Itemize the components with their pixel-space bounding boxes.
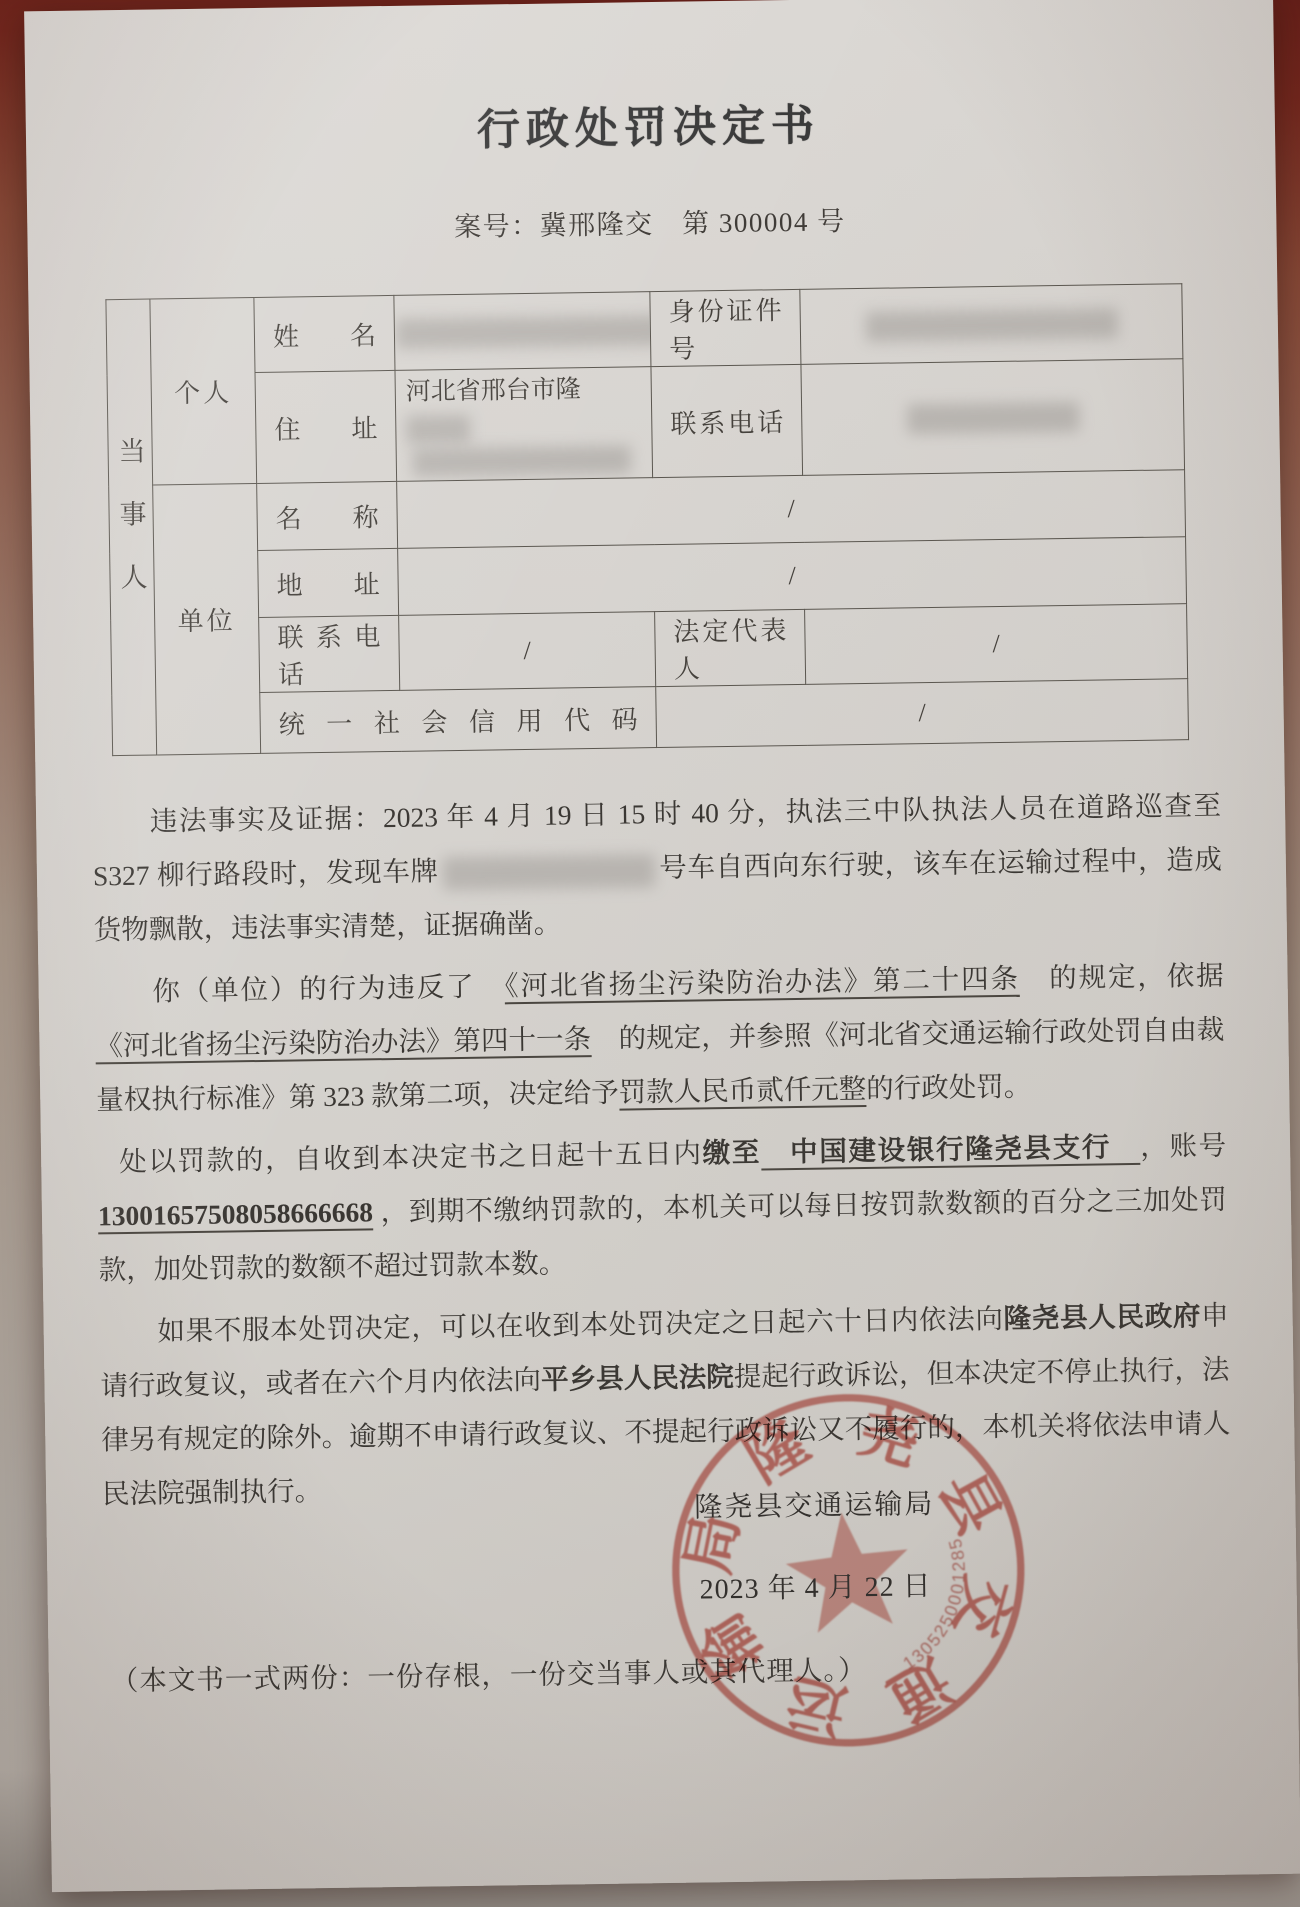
payment-paragraph: 处以罚款的，自收到本决定书之日起十五日内缴至 中国建设银行隆尧县支行 ，账号 1… [97, 1119, 1228, 1298]
unit-address-value: / [398, 537, 1187, 616]
legal-rep-label: 法定代表人 [655, 609, 806, 686]
name-value-cell [394, 292, 651, 371]
address-value-cell: 河北省邢台市隆 [395, 367, 653, 482]
legal-text: 的规定，依据 [1020, 959, 1252, 993]
payment-text: ，账号 [1140, 1130, 1226, 1162]
document-content: 行政处罚决定书 案号：冀邢隆交 第 300004 号 当事人 个人 姓名 身份证… [24, 0, 1295, 1522]
redacted-name [396, 315, 651, 349]
document-paper: 行政处罚决定书 案号：冀邢隆交 第 300004 号 当事人 个人 姓名 身份证… [24, 0, 1300, 1892]
appeal-text: 如果不服本处罚决定，可以在收到本处罚决定之日起六十日内依法向 [157, 1303, 1004, 1347]
case-number: 案号：冀邢隆交 第 300004 号 [83, 196, 1216, 253]
bank-name: 中国建设银行隆尧县支行 [761, 1131, 1141, 1171]
address-label: 住址 [255, 370, 397, 483]
party-label: 当事人 [106, 299, 157, 756]
seal-arc-char: 隆 [735, 1408, 820, 1495]
photo-background: 行政处罚决定书 案号：冀邢隆交 第 300004 号 当事人 个人 姓名 身份证… [0, 0, 1300, 1907]
legal-basis-paragraph: 你（单位）的行为违反了 《河北省扬尘污染防治办法》第二十四条 的规定，依据 《河… [94, 949, 1225, 1128]
redacted-phone [907, 402, 1079, 435]
unit-name-label: 名称 [257, 481, 398, 550]
legal-text: 你（单位）的行为违反了 [152, 970, 505, 1006]
phone-label: 联系电话 [651, 364, 803, 477]
unit-group-label: 单位 [153, 483, 261, 755]
unit-name-value: / [397, 470, 1186, 549]
name-label: 姓名 [254, 295, 395, 372]
redacted-plate-number [442, 854, 654, 890]
unit-phone-value: / [399, 612, 656, 691]
redacted-address-line2 [413, 445, 631, 476]
pay-to-label: 缴至 [702, 1137, 761, 1169]
address-visible-text: 河北省邢台市隆 [406, 376, 581, 406]
unit-address-label: 地址 [258, 548, 399, 617]
signature-block: 隆尧县交通运输局 2023 年 4 月 22 日 [644, 1481, 986, 1608]
redacted-address-part [406, 415, 470, 444]
credit-code-value: / [656, 679, 1189, 748]
government-name: 隆尧县人民政府 [1003, 1300, 1201, 1334]
legal-text: 的行政处罚。 [866, 1071, 1031, 1104]
seal-arc-char: 输 [688, 1603, 776, 1689]
payment-text: 处以罚款的，自收到本决定书之日起十五日内 [119, 1137, 703, 1177]
id-number-value-cell [800, 284, 1183, 365]
decision-date: 2023 年 4 月 22 日 [645, 1563, 986, 1608]
phone-value-cell [801, 359, 1185, 476]
credit-code-label: 统一社会信用代码 [260, 687, 657, 754]
document-title: 行政处罚决定书 [82, 90, 1216, 167]
court-name: 平乡县人民法院 [541, 1361, 734, 1395]
violated-regulation-reference: 《河北省扬尘污染防治办法》第二十四条 [505, 963, 1020, 1005]
unit-phone-label: 联系电话 [259, 615, 400, 692]
issuing-agency: 隆尧县交通运输局 [644, 1481, 985, 1526]
party-info-table: 当事人 个人 姓名 身份证件号 住址 河北省邢台市隆 联系电话 [105, 283, 1189, 756]
basis-regulation-reference: 《河北省扬尘污染防治办法》第四十一条 [95, 1023, 591, 1064]
redacted-id-number [865, 308, 1117, 342]
fine-amount: 罚款人民币贰仟元整 [618, 1073, 866, 1111]
id-number-label: 身份证件号 [650, 289, 801, 366]
seal-arc-char: 运 [780, 1666, 853, 1744]
account-number: 13001657508058666668 [98, 1196, 373, 1234]
legal-rep-value: / [805, 604, 1188, 685]
person-group-label: 个人 [150, 297, 257, 485]
facts-paragraph: 违法事实及证据：2023 年 4 月 19 日 15 时 40 分，执法三中队执… [92, 779, 1223, 958]
